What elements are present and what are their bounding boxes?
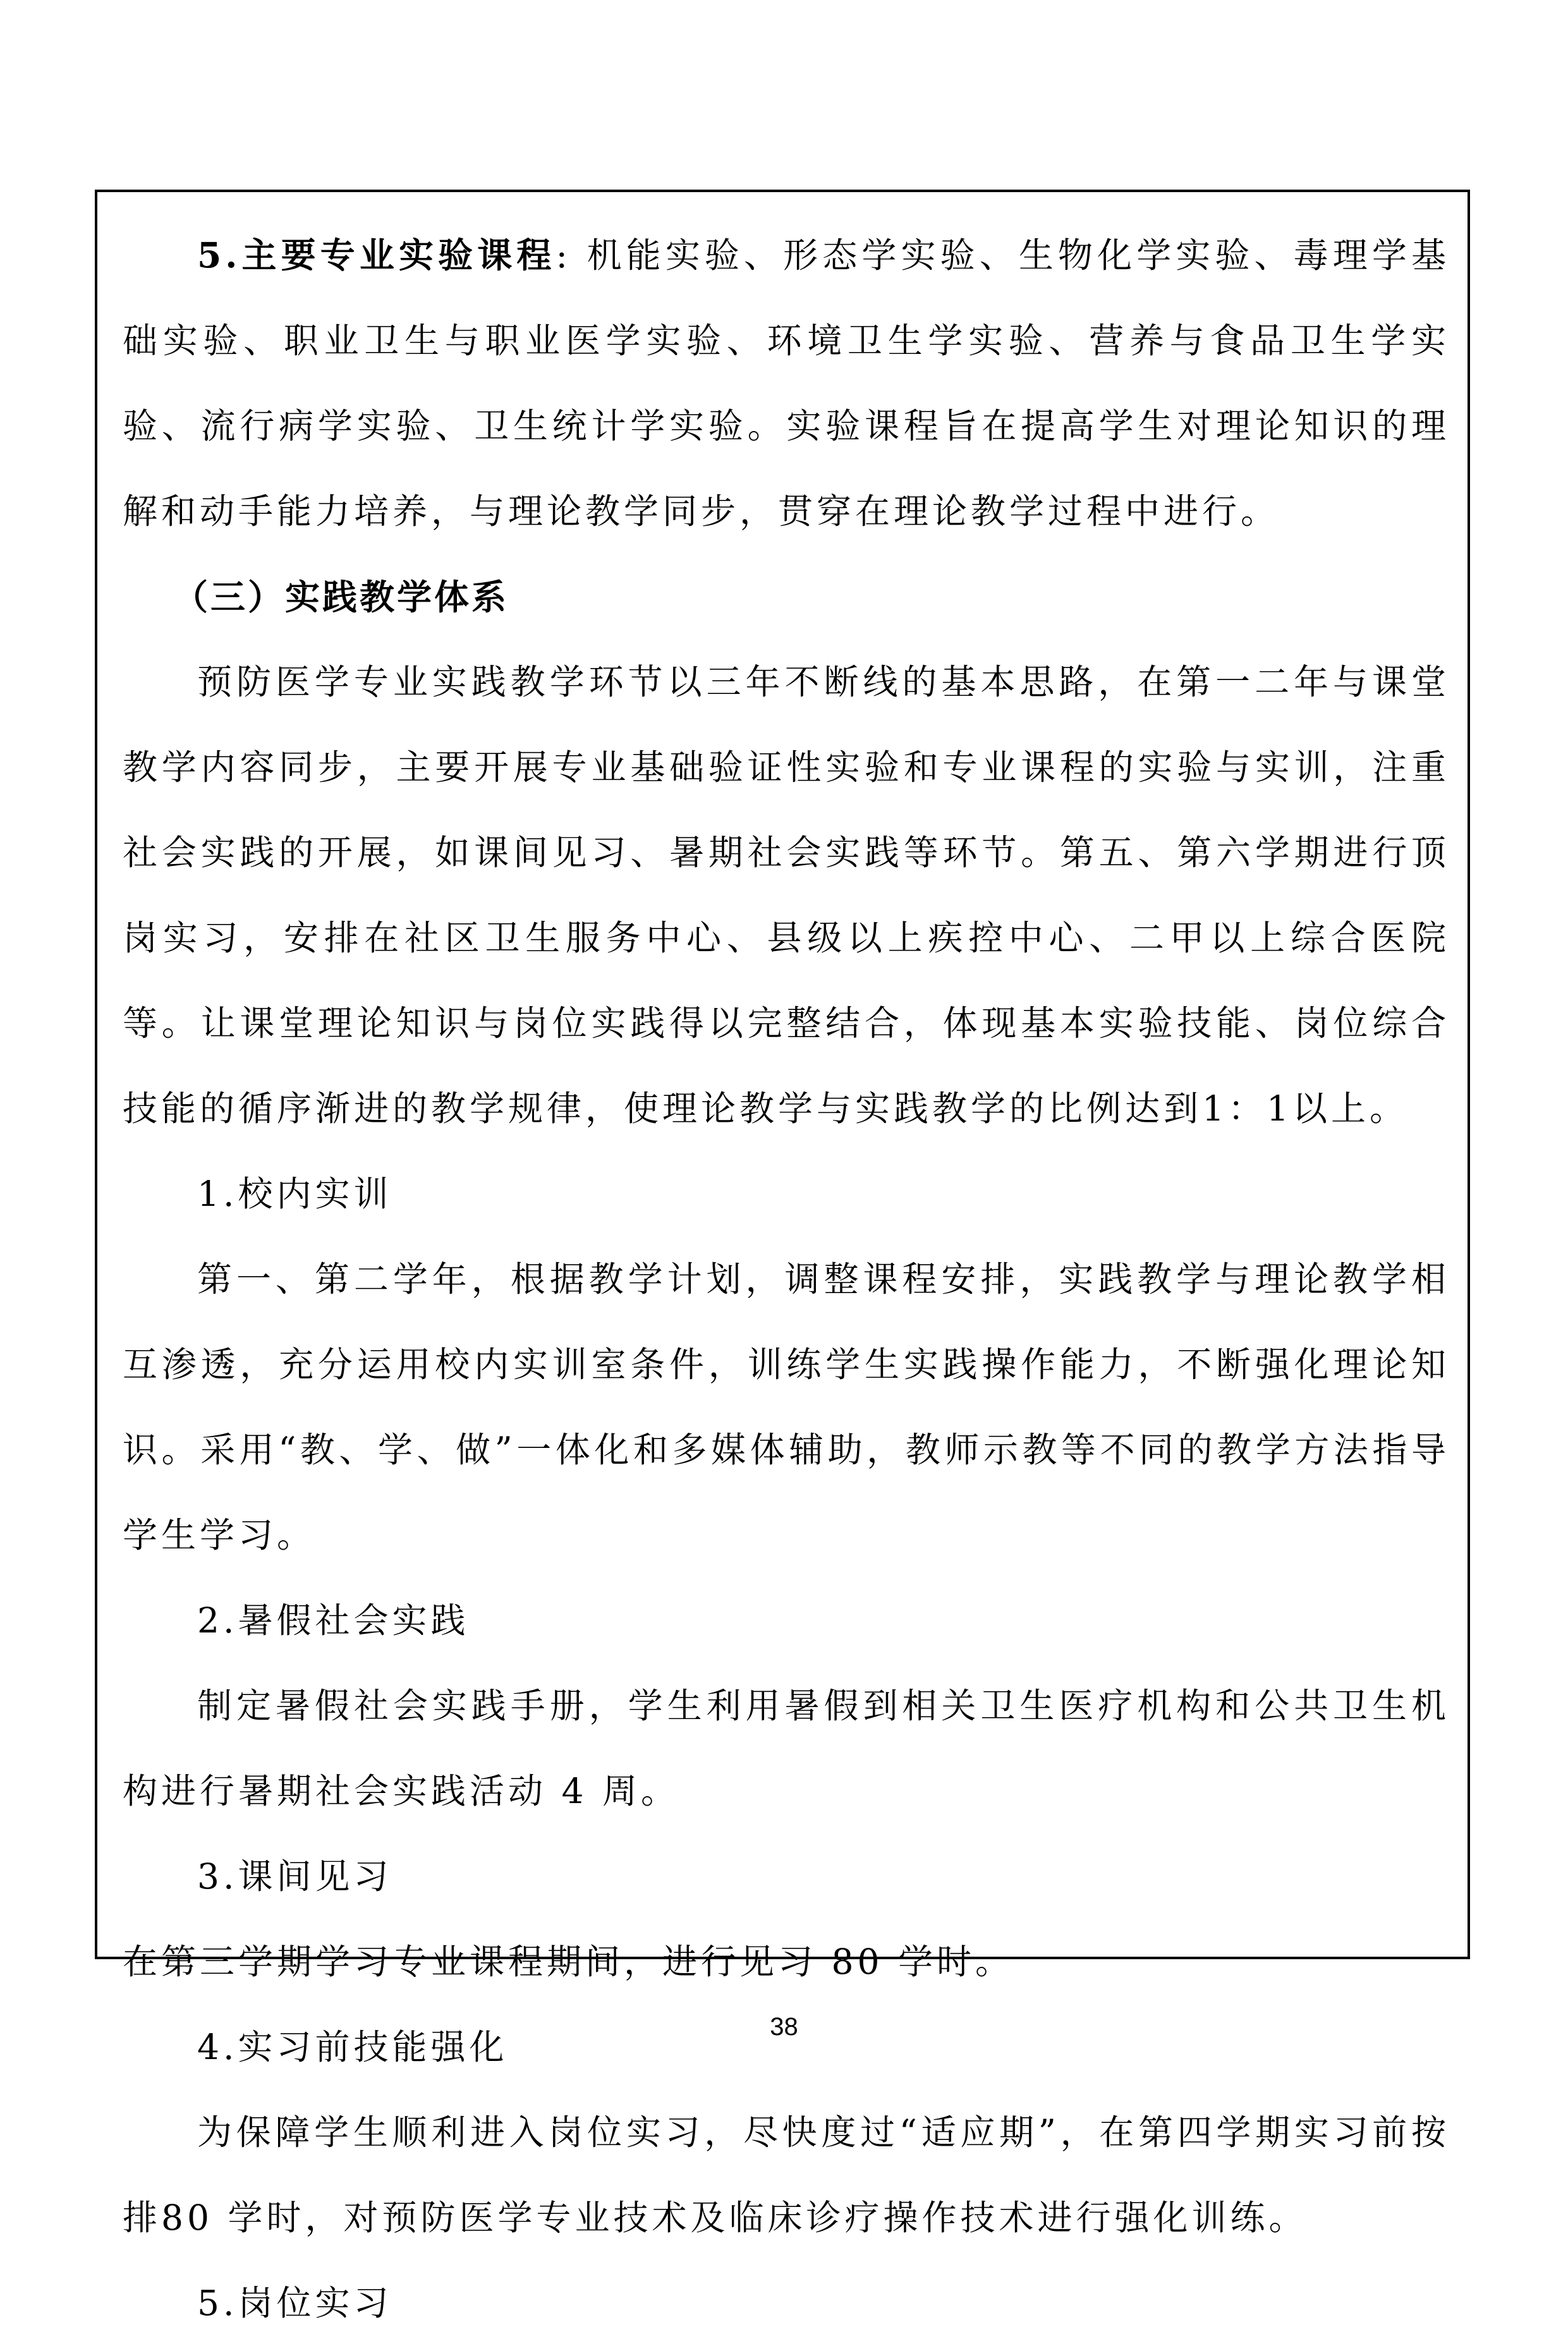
- experiment-courses-text: 机能实验、形态学实验、生物化学实验、毒理学基础实验、职业卫生与职业医学实验、环境…: [123, 235, 1450, 532]
- item-title-class-observation: 3.课间见习: [123, 1834, 1450, 1919]
- item-body-pre-internship-skills: 为保障学生顺利进入岗位实习，尽快度过“适应期”，在第四学期实习前按排80 学时，…: [123, 2090, 1450, 2261]
- item-title-job-internship: 5.岗位实习: [123, 2261, 1450, 2346]
- item-body-campus-training: 第一、第二学年，根据教学计划，调整课程安排，实践教学与理论教学相互渗透，充分运用…: [123, 1237, 1450, 1578]
- label-colon: :: [556, 235, 586, 276]
- content-frame: 5.主要专业实验课程: 机能实验、形态学实验、生物化学实验、毒理学基础实验、职业…: [95, 190, 1470, 1959]
- item-title-summer-practice: 2.暑假社会实践: [123, 1578, 1450, 1663]
- item-title-campus-training: 1.校内实训: [123, 1152, 1450, 1237]
- section-label-experiment-courses: 5.主要专业实验课程: [197, 234, 556, 276]
- item-body-class-observation: 在第三学期学习专业课程期间，进行见习 80 学时。: [123, 1919, 1450, 2005]
- page-number: 38: [0, 2013, 1568, 2041]
- paragraph-practice-intro: 预防医学专业实践教学环节以三年不断线的基本思路，在第一二年与课堂教学内容同步，主…: [123, 640, 1450, 1152]
- section-heading-practice-system: （三）实践教学体系: [123, 554, 1450, 640]
- paragraph-main-experiment-courses: 5.主要专业实验课程: 机能实验、形态学实验、生物化学实验、毒理学基础实验、职业…: [123, 212, 1450, 554]
- item-body-summer-practice: 制定暑假社会实践手册，学生利用暑假到相关卫生医疗机构和公共卫生机构进行暑期社会实…: [123, 1663, 1450, 1834]
